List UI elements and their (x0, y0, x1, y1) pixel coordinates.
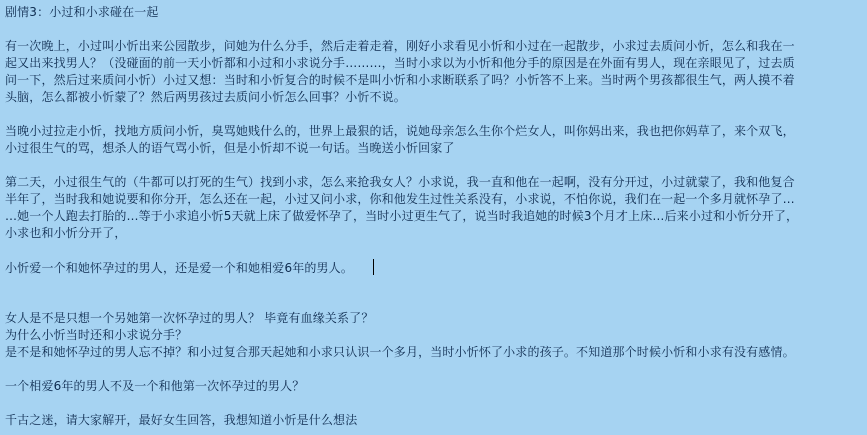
paragraph-line: 问一下，然后过来质问小忻）小过又想：当时和小忻复合的时候不是叫小忻和小求断联系了… (5, 72, 867, 89)
paragraph-2: 当晚小过拉走小忻，找地方质问小忻，臭骂她贱什么的，世界上最狠的话，说她母亲怎么生… (5, 123, 867, 157)
spacer (5, 293, 867, 310)
paragraph-line: 半年了，当时我和她说要和你分开，怎么还在一起，小过又问小求，你和他发生过性关系没… (5, 191, 867, 208)
paragraph-line: 当晚小过拉走小忻，找地方质问小忻，臭骂她贱什么的，世界上最狠的话，说她母亲怎么生… (5, 123, 867, 140)
question-line: 是不是和她怀孕过的男人忘不掉？和小过复合那天起她和小求只认识一个多月，当时小忻怀… (5, 344, 867, 361)
post-body: 剧情3：小过和小求碰在一起 有一次晚上，小过叫小忻出来公园散步，问她为什么分手，… (0, 0, 867, 435)
spacer (5, 276, 867, 293)
paragraph-1: 有一次晚上，小过叫小忻出来公园散步，问她为什么分手，然后走着走着，刚好小求看见小… (5, 38, 867, 106)
main-question[interactable]: 小忻爱一个和她怀孕过的男人，还是爱一个和她相爱6年的男人。 (5, 259, 867, 276)
spacer (5, 395, 867, 412)
spacer (5, 106, 867, 123)
paragraph-line: 头脑，怎么都被小忻蒙了？然后两男孩过去质问小忻怎么回事？小忻不说。 (5, 89, 867, 106)
closing-line: 千古之迷，请大家解开，最好女生回答，我想知道小忻是什么想法 (5, 412, 867, 429)
main-question-text: 小忻爱一个和她怀孕过的男人，还是爱一个和她相爱6年的男人。 (5, 261, 353, 275)
paragraph-line: …她一个人跑去打胎的…等于小求追小忻5天就上床了做爱怀孕了，当时小过更生气了，说… (5, 208, 867, 225)
spacer (5, 157, 867, 174)
question-line: 女人是不是只想一个另她第一次怀孕过的男人？ 毕竟有血缘关系了？ (5, 310, 867, 327)
paragraph-3: 第二天，小过很生气的（牛都可以打死的生气）找到小求，怎么来抢我女人？小求说，我一… (5, 174, 867, 242)
spacer (5, 242, 867, 259)
spacer (5, 361, 867, 378)
paragraph-line: 第二天，小过很生气的（牛都可以打死的生气）找到小求，怎么来抢我女人？小求说，我一… (5, 174, 867, 191)
post-title: 剧情3：小过和小求碰在一起 (5, 4, 867, 21)
text-cursor (373, 259, 374, 275)
compare-question: 一个相爱6年的男人不及一个和他第一次怀孕过的男人？ (5, 378, 867, 395)
spacer (5, 21, 867, 38)
paragraph-line: 起又出来找男人？（没碰面的前一天小忻都和小过和小求说分手………，当时小求以为小忻… (5, 55, 867, 72)
question-list: 女人是不是只想一个另她第一次怀孕过的男人？ 毕竟有血缘关系了？ 为什么小忻当时还… (5, 310, 867, 361)
paragraph-line: 小求也和小忻分开了， (5, 225, 867, 242)
question-line: 为什么小忻当时还和小求说分手？ (5, 327, 867, 344)
paragraph-line: 有一次晚上，小过叫小忻出来公园散步，问她为什么分手，然后走着走着，刚好小求看见小… (5, 38, 867, 55)
paragraph-line: 小过很生气的骂，想杀人的语气骂小忻，但是小忻却不说一句话。当晚送小忻回家了 (5, 140, 867, 157)
